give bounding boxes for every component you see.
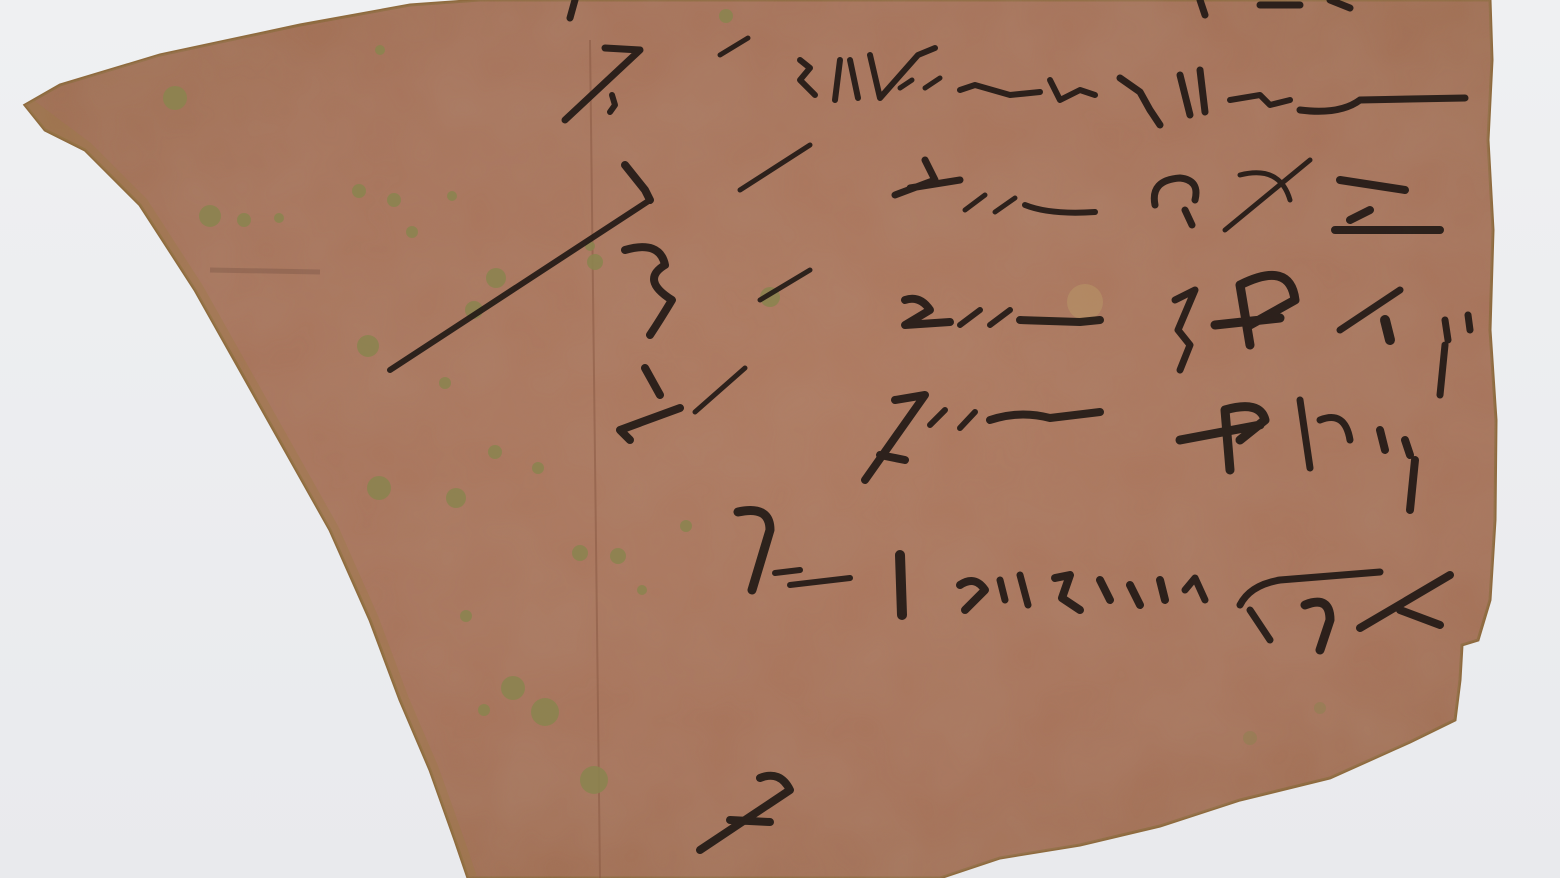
ostracon-illustration <box>0 0 1560 878</box>
sherd-body <box>0 0 1560 878</box>
photo-scene: Ostracon (pottery sherd) with ink script <box>0 0 1560 878</box>
